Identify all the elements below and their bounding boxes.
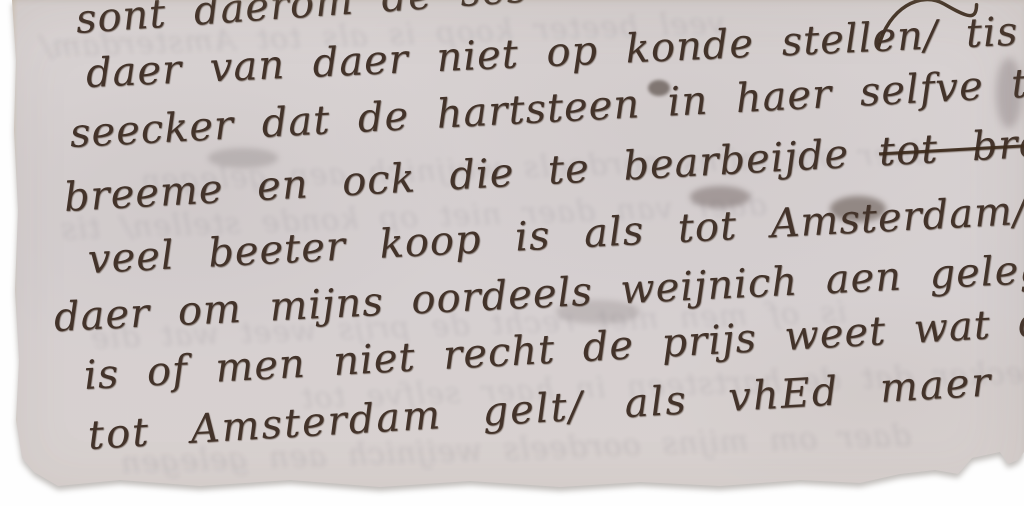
strikethrough-text: tot breeme bbox=[878, 115, 1024, 175]
manuscript-page: veel beeter koop is als tot Amsterdam/ d… bbox=[0, 0, 1024, 506]
manuscript-scan: veel beeter koop is als tot Amsterdam/ d… bbox=[0, 0, 1024, 506]
paper-shadow-wrapper: veel beeter koop is als tot Amsterdam/ d… bbox=[0, 0, 1024, 506]
